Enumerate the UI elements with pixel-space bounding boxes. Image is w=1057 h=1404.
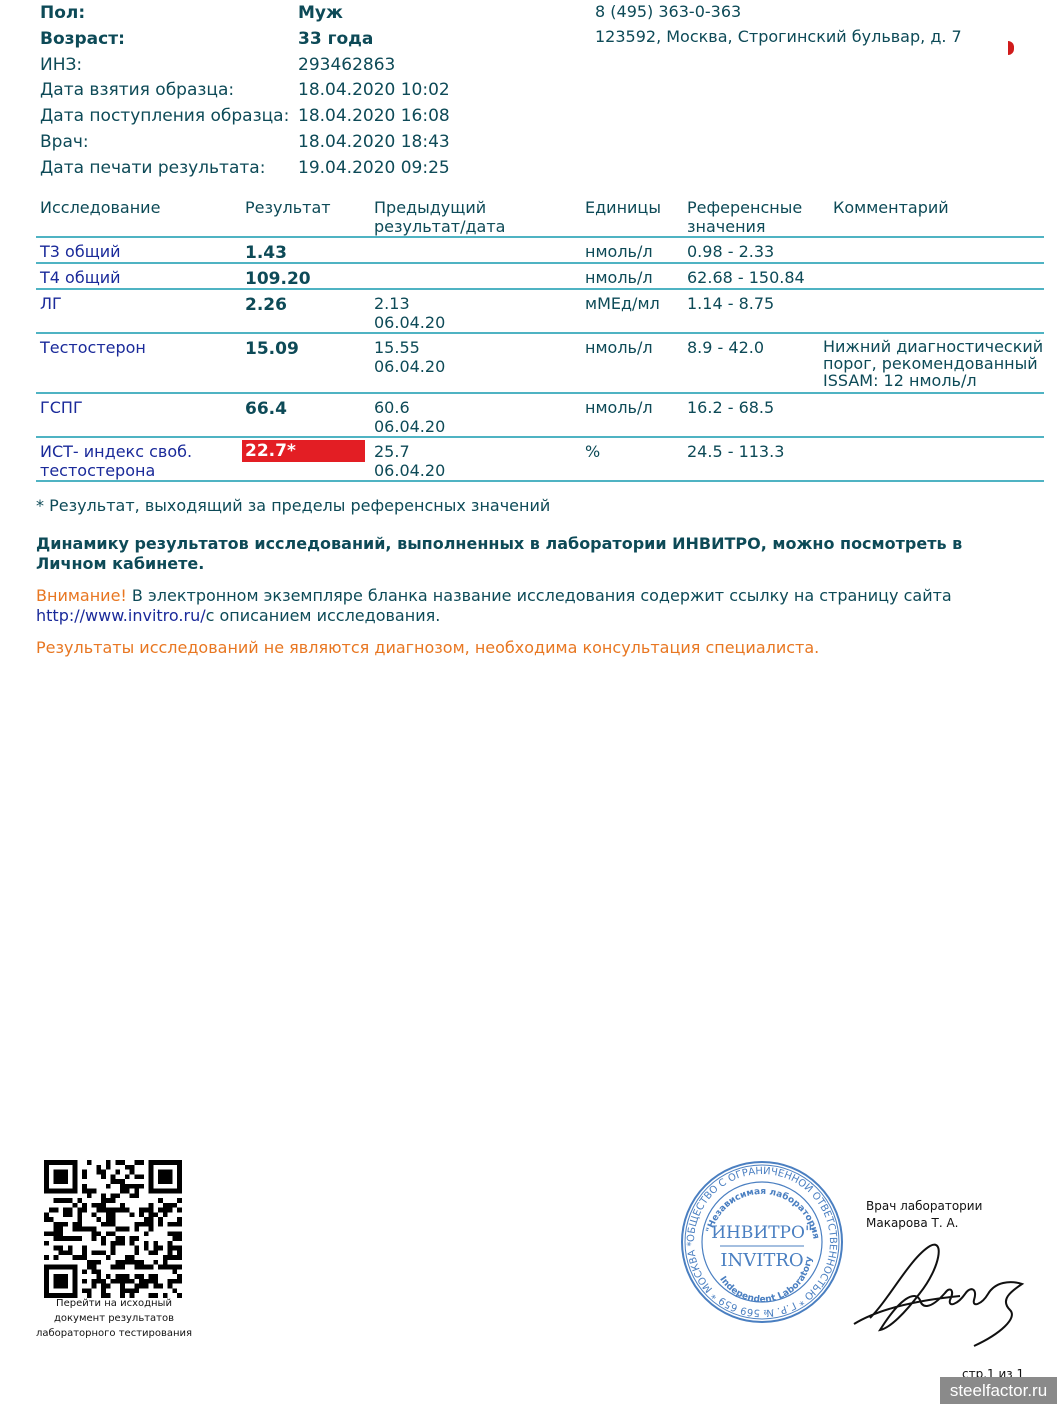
red-marker xyxy=(1008,41,1014,55)
header-reference: Референсныезначения xyxy=(687,198,802,236)
info-label: Возраст: xyxy=(40,26,125,52)
table-row: ИСТ- индекс своб. тестостерона 22.7* 25.… xyxy=(36,438,1044,482)
reference-range: 0.98 - 2.33 xyxy=(687,242,774,261)
svg-text:INVITRO: INVITRO xyxy=(720,1250,803,1271)
test-name-link[interactable]: ГСПГ xyxy=(40,398,240,417)
table-row: ЛГ 2.26 2.1306.04.20 мМЕд/мл 1.14 - 8.75 xyxy=(36,290,1044,334)
lab-stamp-icon: ОБЩЕСТВО С ОГРАНИЧЕННОЙ ОТВЕТСТВЕННОСТЬЮ… xyxy=(680,1160,844,1324)
results-table: Исследование Результат Предыдущийрезульт… xyxy=(36,192,1044,482)
table-row: Тестостерон 15.09 15.5506.04.20 нмоль/л … xyxy=(36,334,1044,394)
signature-icon xyxy=(850,1238,1030,1348)
info-value: 19.04.2020 09:25 xyxy=(298,155,450,181)
result-value: 1.43 xyxy=(245,244,287,263)
header-test: Исследование xyxy=(40,198,160,217)
reference-range: 8.9 - 42.0 xyxy=(687,338,764,357)
qr-caption: Перейти на исходный документ результатов… xyxy=(30,1296,198,1341)
info-value: 18.04.2020 18:43 xyxy=(298,129,450,155)
reference-range: 16.2 - 68.5 xyxy=(687,398,774,417)
attention-text: В электронном экземпляре бланка название… xyxy=(127,586,952,605)
table-row: ГСПГ 66.4 60.606.04.20 нмоль/л 16.2 - 68… xyxy=(36,394,1044,438)
previous-result: 25.706.04.20 xyxy=(374,442,445,480)
test-name-link[interactable]: ИСТ- индекс своб. тестостерона xyxy=(40,442,240,480)
test-name-link[interactable]: Т3 общий xyxy=(40,242,240,261)
lab-doctor: Врач лаборатории Макарова Т. А. xyxy=(866,1198,982,1232)
reference-range: 24.5 - 113.3 xyxy=(687,442,784,461)
lab-address: 123592, Москва, Строгинский бульвар, д. … xyxy=(595,25,962,49)
watermark: steelfactor.ru xyxy=(940,1377,1057,1404)
svg-text:ИНВИТРО": ИНВИТРО" xyxy=(711,1223,813,1243)
result-value: 2.26 xyxy=(245,296,287,315)
qr-code-icon[interactable] xyxy=(44,1160,182,1298)
header-previous: Предыдущийрезультат/дата xyxy=(374,198,505,236)
units: нмоль/л xyxy=(585,338,653,357)
dynamics-note: Динамику результатов исследований, выпол… xyxy=(36,534,1026,574)
info-label: Врач: xyxy=(40,129,89,155)
info-label: ИНЗ: xyxy=(40,52,82,78)
units: нмоль/л xyxy=(585,242,653,261)
reference-range: 62.68 - 150.84 xyxy=(687,268,805,287)
attention-note: Внимание! В электронном экземпляре бланк… xyxy=(36,586,1026,626)
result-value: 15.09 xyxy=(245,340,299,359)
units: мМЕд/мл xyxy=(585,294,660,313)
info-value: 33 года xyxy=(298,26,373,52)
flagged-result: 22.7* xyxy=(242,440,365,462)
disclaimer: Результаты исследований не являются диаг… xyxy=(36,638,819,657)
previous-result: 2.1306.04.20 xyxy=(374,294,445,332)
info-label: Дата поступления образца: xyxy=(40,103,289,129)
previous-result: 15.5506.04.20 xyxy=(374,338,445,376)
info-value: 18.04.2020 10:02 xyxy=(298,77,450,103)
header-result: Результат xyxy=(245,198,331,217)
header-comment: Комментарий xyxy=(833,198,949,217)
info-value: Муж xyxy=(298,0,343,26)
units: нмоль/л xyxy=(585,398,653,417)
footnote: * Результат, выходящий за пределы рефере… xyxy=(36,496,550,515)
attention-tail: с описанием исследования. xyxy=(206,606,441,625)
header-units: Единицы xyxy=(585,198,661,217)
info-label: Дата взятия образца: xyxy=(40,77,234,103)
reference-range: 1.14 - 8.75 xyxy=(687,294,774,313)
info-value: 18.04.2020 16:08 xyxy=(298,103,450,129)
doctor-name: Макарова Т. А. xyxy=(866,1215,982,1232)
info-value: 293462863 xyxy=(298,52,395,78)
comment: Нижний диагностический порог, рекомендов… xyxy=(823,338,1053,389)
units: нмоль/л xyxy=(585,268,653,287)
units: % xyxy=(585,442,600,461)
invitro-link[interactable]: http://www.invitro.ru/ xyxy=(36,606,206,625)
previous-result: 60.606.04.20 xyxy=(374,398,445,436)
result-value: 66.4 xyxy=(245,400,287,419)
attention-label: Внимание! xyxy=(36,586,127,605)
test-name-link[interactable]: Тестостерон xyxy=(40,338,240,357)
test-name-link[interactable]: Т4 общий xyxy=(40,268,240,287)
table-row: Т4 общий 109.20 нмоль/л 62.68 - 150.84 xyxy=(36,264,1044,290)
info-label: Дата печати результата: xyxy=(40,155,265,181)
table-header: Исследование Результат Предыдущийрезульт… xyxy=(36,192,1044,238)
doctor-title: Врач лаборатории xyxy=(866,1198,982,1215)
test-name-link[interactable]: ЛГ xyxy=(40,294,240,313)
lab-phone: 8 (495) 363-0-363 xyxy=(595,0,741,24)
table-row: Т3 общий 1.43 нмоль/л 0.98 - 2.33 xyxy=(36,238,1044,264)
table-body: Т3 общий 1.43 нмоль/л 0.98 - 2.33 Т4 общ… xyxy=(36,238,1044,482)
info-label: Пол: xyxy=(40,0,85,26)
result-value: 109.20 xyxy=(245,270,311,289)
